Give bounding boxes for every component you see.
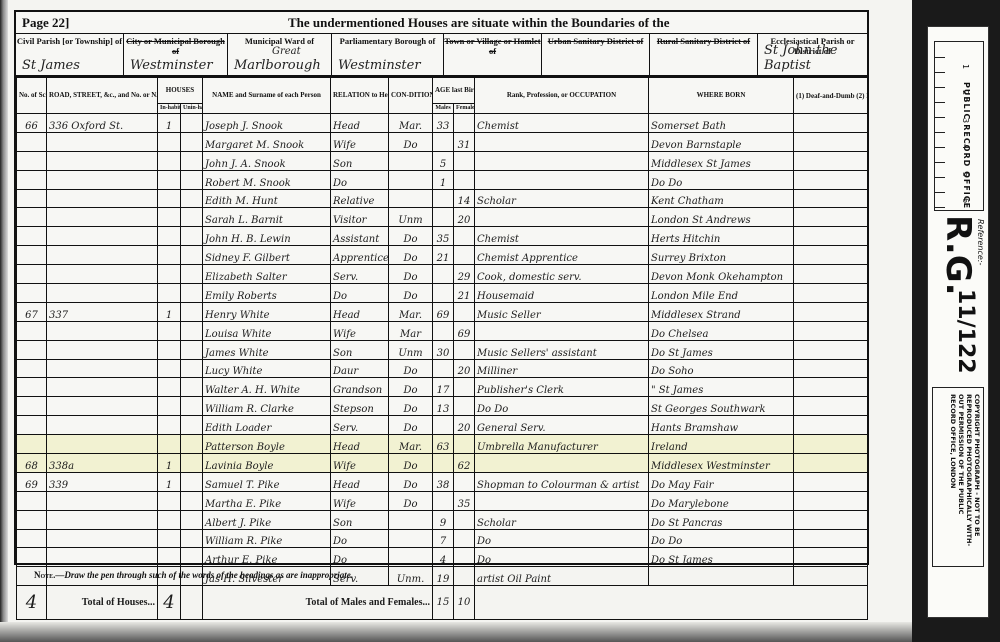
cell-male-age — [433, 491, 454, 510]
table-row: Lucy WhiteDaurDo20MillinerDo Soho — [17, 359, 868, 378]
cell-condition: Do — [389, 284, 433, 303]
cell-inhabited — [158, 435, 181, 454]
col-uninhabited: Unin-habited (U.), or Building (B.) — [181, 104, 203, 114]
cell-address — [47, 246, 158, 265]
col-age: AGE last Birthday of — [433, 78, 475, 104]
total-houses-label: Total of Houses... — [82, 597, 155, 608]
cell-occupation: Housemaid — [475, 284, 649, 303]
cell-address — [47, 132, 158, 151]
cell-infirmity — [794, 529, 868, 548]
cell-inhabited: 1 — [158, 302, 181, 321]
cell-schedule — [17, 491, 47, 510]
cell-name: Edith M. Hunt — [203, 189, 331, 208]
cell-inhabited — [158, 246, 181, 265]
table-row: 673371Henry WhiteHeadMar.69Music SellerM… — [17, 302, 868, 321]
cell-schedule — [17, 246, 47, 265]
cell-infirmity — [794, 567, 868, 586]
cell-female-age — [454, 567, 475, 586]
cell-female-age — [454, 529, 475, 548]
cell-inhabited: 1 — [158, 472, 181, 491]
cell-uninhabited — [181, 227, 203, 246]
cell-name: Arthur E. Pike — [203, 548, 331, 567]
cell-address — [47, 435, 158, 454]
cell-infirmity — [794, 416, 868, 435]
district-town-village: Town or Village or Hamlet of — [444, 34, 542, 75]
cell-relation: Wife — [331, 454, 389, 473]
cell-infirmity — [794, 265, 868, 284]
cell-condition: Mar — [389, 321, 433, 340]
cell-schedule — [17, 529, 47, 548]
cell-name: Lucy White — [203, 359, 331, 378]
cell-relation: Head — [331, 472, 389, 491]
cell-relation: Head — [331, 435, 389, 454]
district-parliamentary-borough: Parliamentary Borough of Westminster — [332, 34, 444, 75]
sheet-title: The undermentioned Houses are situate wi… — [288, 15, 669, 31]
cell-born: Devon Monk Okehampton — [649, 265, 794, 284]
cell-male-age: 19 — [433, 567, 454, 586]
cell-female-age — [454, 340, 475, 359]
cell-occupation: Shopman to Colourman & artist — [475, 472, 649, 491]
table-row: Elizabeth SalterServ.Do29Cook, domestic … — [17, 265, 868, 284]
cell-infirmity — [794, 151, 868, 170]
cell-condition: Do — [389, 397, 433, 416]
cell-uninhabited — [181, 435, 203, 454]
public-record-office-label: PUBLIC RECORD OFFICE — [962, 82, 971, 209]
cell-relation: Son — [331, 510, 389, 529]
cell-born: Do Soho — [649, 359, 794, 378]
cell-female-age — [454, 548, 475, 567]
cell-name: William R. Pike — [203, 529, 331, 548]
reference-piece-number: 11/122 — [953, 289, 978, 374]
cell-inhabited — [158, 208, 181, 227]
cell-schedule — [17, 208, 47, 227]
reference-class-code: R.G. — [938, 215, 978, 296]
cell-born: Surrey Brixton — [649, 246, 794, 265]
cell-relation: Do — [331, 284, 389, 303]
cell-male-age: 5 — [433, 151, 454, 170]
cell-male-age: 35 — [433, 227, 454, 246]
cell-female-age: 20 — [454, 208, 475, 227]
cell-female-age: 20 — [454, 359, 475, 378]
cell-schedule: 66 — [17, 114, 47, 133]
cell-relation: Head — [331, 114, 389, 133]
cell-male-age: 33 — [433, 114, 454, 133]
cell-uninhabited — [181, 151, 203, 170]
cell-condition: Unm — [389, 340, 433, 359]
cell-occupation: Scholar — [475, 189, 649, 208]
cell-male-age — [433, 416, 454, 435]
cell-relation: Wife — [331, 132, 389, 151]
total-persons-label: Total of Males and Females... — [306, 597, 430, 608]
cell-infirmity — [794, 321, 868, 340]
cell-address — [47, 529, 158, 548]
cell-name: Louisa White — [203, 321, 331, 340]
cell-male-age — [433, 189, 454, 208]
cell-born: Do St James — [649, 340, 794, 359]
cell-infirmity — [794, 132, 868, 151]
cell-female-age: 35 — [454, 491, 475, 510]
cell-uninhabited — [181, 189, 203, 208]
cell-male-age — [433, 265, 454, 284]
total-schedules: 4 — [17, 586, 47, 620]
cell-condition: Do — [389, 246, 433, 265]
cell-occupation — [475, 491, 649, 510]
cell-address — [47, 265, 158, 284]
cell-infirmity — [794, 208, 868, 227]
col-infirmity: (1) Deaf-and-Dumb (2) Blind (3) Imbecile… — [794, 78, 868, 114]
cell-name: Emily Roberts — [203, 284, 331, 303]
cell-uninhabited — [181, 208, 203, 227]
table-row: John H. B. LewinAssistantDo35ChemistHert… — [17, 227, 868, 246]
cell-relation: Serv. — [331, 265, 389, 284]
cell-address: 339 — [47, 472, 158, 491]
cell-occupation: Chemist — [475, 227, 649, 246]
total-males: 15 — [433, 586, 454, 620]
table-row: Walter A. H. WhiteGrandsonDo17Publisher'… — [17, 378, 868, 397]
cell-uninhabited — [181, 302, 203, 321]
table-row: William R. ClarkeStepsonDo13Do DoSt Geor… — [17, 397, 868, 416]
cell-relation: Wife — [331, 491, 389, 510]
cell-schedule — [17, 397, 47, 416]
cell-female-age — [454, 302, 475, 321]
cell-occupation: Music Sellers' assistant — [475, 340, 649, 359]
cell-female-age: 29 — [454, 265, 475, 284]
cell-female-age — [454, 227, 475, 246]
cell-female-age — [454, 435, 475, 454]
col-condition: CON-DITION as to Marriage — [389, 78, 433, 114]
copyright-box: COPYRIGHT PHOTOGRAPH - NOT TO BE REPRODU… — [932, 387, 984, 567]
cell-schedule: 68 — [17, 454, 47, 473]
cell-name: Samuel T. Pike — [203, 472, 331, 491]
district-value: Marlborough — [234, 58, 321, 73]
cell-uninhabited — [181, 321, 203, 340]
cell-female-age — [454, 114, 475, 133]
cell-uninhabited — [181, 132, 203, 151]
cell-name: Patterson Boyle — [203, 435, 331, 454]
cell-address — [47, 359, 158, 378]
cell-name: Margaret M. Snook — [203, 132, 331, 151]
cell-schedule — [17, 170, 47, 189]
cell-relation: Grandson — [331, 378, 389, 397]
cell-female-age: 20 — [454, 416, 475, 435]
cell-occupation: Do — [475, 548, 649, 567]
cell-infirmity — [794, 548, 868, 567]
cell-address — [47, 208, 158, 227]
cell-male-age — [433, 284, 454, 303]
cell-schedule — [17, 151, 47, 170]
cell-name: John H. B. Lewin — [203, 227, 331, 246]
table-row: 68338a1Lavinia BoyleWifeDo62Middlesex We… — [17, 454, 868, 473]
district-value: St James — [22, 58, 80, 73]
cell-name: Robert M. Snook — [203, 170, 331, 189]
cell-inhabited — [158, 227, 181, 246]
table-row: Robert M. SnookDo1Do Do — [17, 170, 868, 189]
cell-inhabited — [158, 397, 181, 416]
cell-address: 337 — [47, 302, 158, 321]
scale-ruler: 1 2 3 4 5 6 PUBLIC RECORD OFFICE — [934, 41, 984, 211]
table-row: Margaret M. SnookWifeDo31Devon Barnstapl… — [17, 132, 868, 151]
cell-inhabited — [158, 265, 181, 284]
cell-female-age — [454, 170, 475, 189]
cell-address — [47, 151, 158, 170]
cell-condition — [389, 529, 433, 548]
cell-born: Devon Barnstaple — [649, 132, 794, 151]
district-value: St John the Baptist — [764, 43, 867, 73]
cell-condition — [389, 510, 433, 529]
cell-uninhabited — [181, 114, 203, 133]
cell-name: William R. Clarke — [203, 397, 331, 416]
cell-infirmity — [794, 454, 868, 473]
cell-relation: Do — [331, 548, 389, 567]
cell-born: Do Chelsea — [649, 321, 794, 340]
col-schedule: No. of Schedule — [17, 78, 47, 114]
district-urban-sanitary: Urban Sanitary District of — [542, 34, 650, 75]
cell-relation: Visitor — [331, 208, 389, 227]
cell-name: Elizabeth Salter — [203, 265, 331, 284]
cell-schedule: 69 — [17, 472, 47, 491]
census-rows: 66336 Oxford St.1Joseph J. SnookHeadMar.… — [17, 114, 868, 586]
table-row: John J. A. SnookSon5Middlesex St James — [17, 151, 868, 170]
cell-female-age — [454, 151, 475, 170]
cell-occupation: Scholar — [475, 510, 649, 529]
cell-inhabited — [158, 378, 181, 397]
table-row: 66336 Oxford St.1Joseph J. SnookHeadMar.… — [17, 114, 868, 133]
cell-uninhabited — [181, 378, 203, 397]
cell-inhabited — [158, 189, 181, 208]
cell-occupation: Music Seller — [475, 302, 649, 321]
page-number: Page 22] — [22, 15, 69, 31]
cell-name: Martha E. Pike — [203, 491, 331, 510]
cell-infirmity — [794, 284, 868, 303]
table-row: Edith M. HuntRelative14ScholarKent Chath… — [17, 189, 868, 208]
cell-occupation: Chemist Apprentice — [475, 246, 649, 265]
cell-schedule — [17, 189, 47, 208]
cell-occupation — [475, 208, 649, 227]
cell-female-age — [454, 472, 475, 491]
table-row: James WhiteSonUnm30Music Sellers' assist… — [17, 340, 868, 359]
cell-female-age — [454, 378, 475, 397]
cell-female-age — [454, 246, 475, 265]
cell-infirmity — [794, 302, 868, 321]
paper-bottom-edge — [0, 622, 912, 642]
cell-schedule — [17, 548, 47, 567]
cell-male-age: 21 — [433, 246, 454, 265]
col-males: Males — [433, 104, 454, 114]
cell-uninhabited — [181, 416, 203, 435]
cell-uninhabited — [181, 472, 203, 491]
cell-address — [47, 397, 158, 416]
table-row: Albert J. PikeSon9ScholarDo St Pancras — [17, 510, 868, 529]
district-municipal-borough: City or Municipal Borough of Westminster — [124, 34, 228, 75]
cell-address — [47, 321, 158, 340]
cell-infirmity — [794, 378, 868, 397]
cell-address — [47, 548, 158, 567]
col-relation: RELATION to Head of Family — [331, 78, 389, 114]
cell-occupation — [475, 151, 649, 170]
cell-male-age: 69 — [433, 302, 454, 321]
cell-born: Kent Chatham — [649, 189, 794, 208]
cell-male-age: 13 — [433, 397, 454, 416]
cell-relation: Serv. — [331, 416, 389, 435]
cell-condition: Do — [389, 491, 433, 510]
cell-address — [47, 491, 158, 510]
cell-address — [47, 170, 158, 189]
cell-condition — [389, 151, 433, 170]
cell-relation: Relative — [331, 189, 389, 208]
cell-infirmity — [794, 359, 868, 378]
cell-name: John J. A. Snook — [203, 151, 331, 170]
cell-infirmity — [794, 435, 868, 454]
cell-infirmity — [794, 510, 868, 529]
cell-uninhabited — [181, 170, 203, 189]
cell-condition: Do — [389, 472, 433, 491]
table-row: Arthur E. PikeDo4DoDo St James — [17, 548, 868, 567]
cell-born: Do Do — [649, 529, 794, 548]
cell-relation: Son — [331, 340, 389, 359]
cell-female-age: 21 — [454, 284, 475, 303]
cell-born: Middlesex Westminster — [649, 454, 794, 473]
cell-schedule — [17, 435, 47, 454]
cell-address — [47, 416, 158, 435]
census-sheet: Page 22] The undermentioned Houses are s… — [14, 10, 869, 565]
cell-name: Sidney F. Gilbert — [203, 246, 331, 265]
cell-female-age: 69 — [454, 321, 475, 340]
cell-address: 336 Oxford St. — [47, 114, 158, 133]
col-inhabited: In-habit-ed — [158, 104, 181, 114]
cell-occupation: Do Do — [475, 397, 649, 416]
cell-born — [649, 567, 794, 586]
table-row: Patterson BoyleHeadMar.63Umbrella Manufa… — [17, 435, 868, 454]
cell-infirmity — [794, 114, 868, 133]
cell-born: Do May Fair — [649, 472, 794, 491]
cell-male-age — [433, 321, 454, 340]
cell-condition: Mar. — [389, 435, 433, 454]
cell-name: Sarah L. Barnit — [203, 208, 331, 227]
cell-inhabited — [158, 284, 181, 303]
cell-name: Lavinia Boyle — [203, 454, 331, 473]
cell-male-age: 1 — [433, 170, 454, 189]
cell-condition: Unm — [389, 208, 433, 227]
cell-relation: Head — [331, 302, 389, 321]
district-ecclesiastical-parish: Ecclesiastical Parish or District of St … — [758, 34, 867, 75]
cell-male-age — [433, 359, 454, 378]
cell-schedule — [17, 284, 47, 303]
cell-uninhabited — [181, 491, 203, 510]
cell-occupation — [475, 454, 649, 473]
cell-infirmity — [794, 340, 868, 359]
cell-name: James White — [203, 340, 331, 359]
cell-uninhabited — [181, 359, 203, 378]
cell-male-age: 17 — [433, 378, 454, 397]
cell-condition: Unm. — [389, 567, 433, 586]
census-page-scan: Page 22] The undermentioned Houses are s… — [0, 0, 912, 642]
district-rural-sanitary: Rural Sanitary District of — [650, 34, 758, 75]
cell-female-age — [454, 397, 475, 416]
cell-female-age: 31 — [454, 132, 475, 151]
cell-schedule — [17, 265, 47, 284]
col-address: ROAD, STREET, &c., and No. or NAME of HO… — [47, 78, 158, 114]
cell-female-age: 62 — [454, 454, 475, 473]
cell-born: Do St Pancras — [649, 510, 794, 529]
cell-address — [47, 284, 158, 303]
total-females: 10 — [454, 586, 475, 620]
cell-female-age: 14 — [454, 189, 475, 208]
cell-address — [47, 378, 158, 397]
cell-born: Ireland — [649, 435, 794, 454]
cell-born: Do St James — [649, 548, 794, 567]
paper-edge — [0, 0, 8, 642]
cell-uninhabited — [181, 397, 203, 416]
cell-occupation: Cook, domestic serv. — [475, 265, 649, 284]
cell-uninhabited — [181, 510, 203, 529]
cell-address — [47, 340, 158, 359]
cell-schedule — [17, 321, 47, 340]
cell-born: Do Do — [649, 170, 794, 189]
cell-inhabited — [158, 548, 181, 567]
table-row: Sarah L. BarnitVisitorUnm20London St And… — [17, 208, 868, 227]
cell-occupation: Umbrella Manufacturer — [475, 435, 649, 454]
cell-occupation: Do — [475, 529, 649, 548]
cell-condition — [389, 548, 433, 567]
cell-infirmity — [794, 246, 868, 265]
cell-male-age — [433, 454, 454, 473]
cell-schedule — [17, 359, 47, 378]
cell-occupation: General Serv. — [475, 416, 649, 435]
district-value: Westminster — [338, 58, 421, 73]
cell-relation: Do — [331, 529, 389, 548]
census-table: No. of Schedule ROAD, STREET, &c., and N… — [16, 77, 868, 620]
cell-schedule — [17, 416, 47, 435]
cell-inhabited — [158, 321, 181, 340]
cell-address — [47, 227, 158, 246]
reference-strip: 1 2 3 4 5 6 PUBLIC RECORD OFFICE Referen… — [927, 26, 989, 618]
cell-condition — [389, 189, 433, 208]
cell-name: Albert J. Pike — [203, 510, 331, 529]
cell-condition: Do — [389, 454, 433, 473]
cell-male-age — [433, 132, 454, 151]
cell-inhabited — [158, 151, 181, 170]
cell-schedule: 67 — [17, 302, 47, 321]
table-row: Edith LoaderServ.Do20General Serv.Hants … — [17, 416, 868, 435]
cell-occupation — [475, 321, 649, 340]
cell-occupation: Publisher's Clerk — [475, 378, 649, 397]
cell-occupation — [475, 170, 649, 189]
col-name: NAME and Surname of each Person — [203, 78, 331, 114]
cell-infirmity — [794, 189, 868, 208]
cell-infirmity — [794, 472, 868, 491]
cell-condition: Do — [389, 265, 433, 284]
cell-relation: Assistant — [331, 227, 389, 246]
cell-inhabited — [158, 170, 181, 189]
cell-infirmity — [794, 227, 868, 246]
cell-relation: Daur — [331, 359, 389, 378]
cell-uninhabited — [181, 284, 203, 303]
cell-occupation: artist Oil Paint — [475, 567, 649, 586]
cell-name: Henry White — [203, 302, 331, 321]
cell-inhabited — [158, 491, 181, 510]
cell-occupation: Chemist — [475, 114, 649, 133]
cell-born: London St Andrews — [649, 208, 794, 227]
cell-condition: Do — [389, 378, 433, 397]
cell-address: 338a — [47, 454, 158, 473]
cell-condition: Do — [389, 227, 433, 246]
cell-inhabited — [158, 529, 181, 548]
cell-uninhabited — [181, 265, 203, 284]
cell-relation: Son — [331, 151, 389, 170]
cell-occupation: Milliner — [475, 359, 649, 378]
cell-relation: Stepson — [331, 397, 389, 416]
cell-inhabited — [158, 359, 181, 378]
